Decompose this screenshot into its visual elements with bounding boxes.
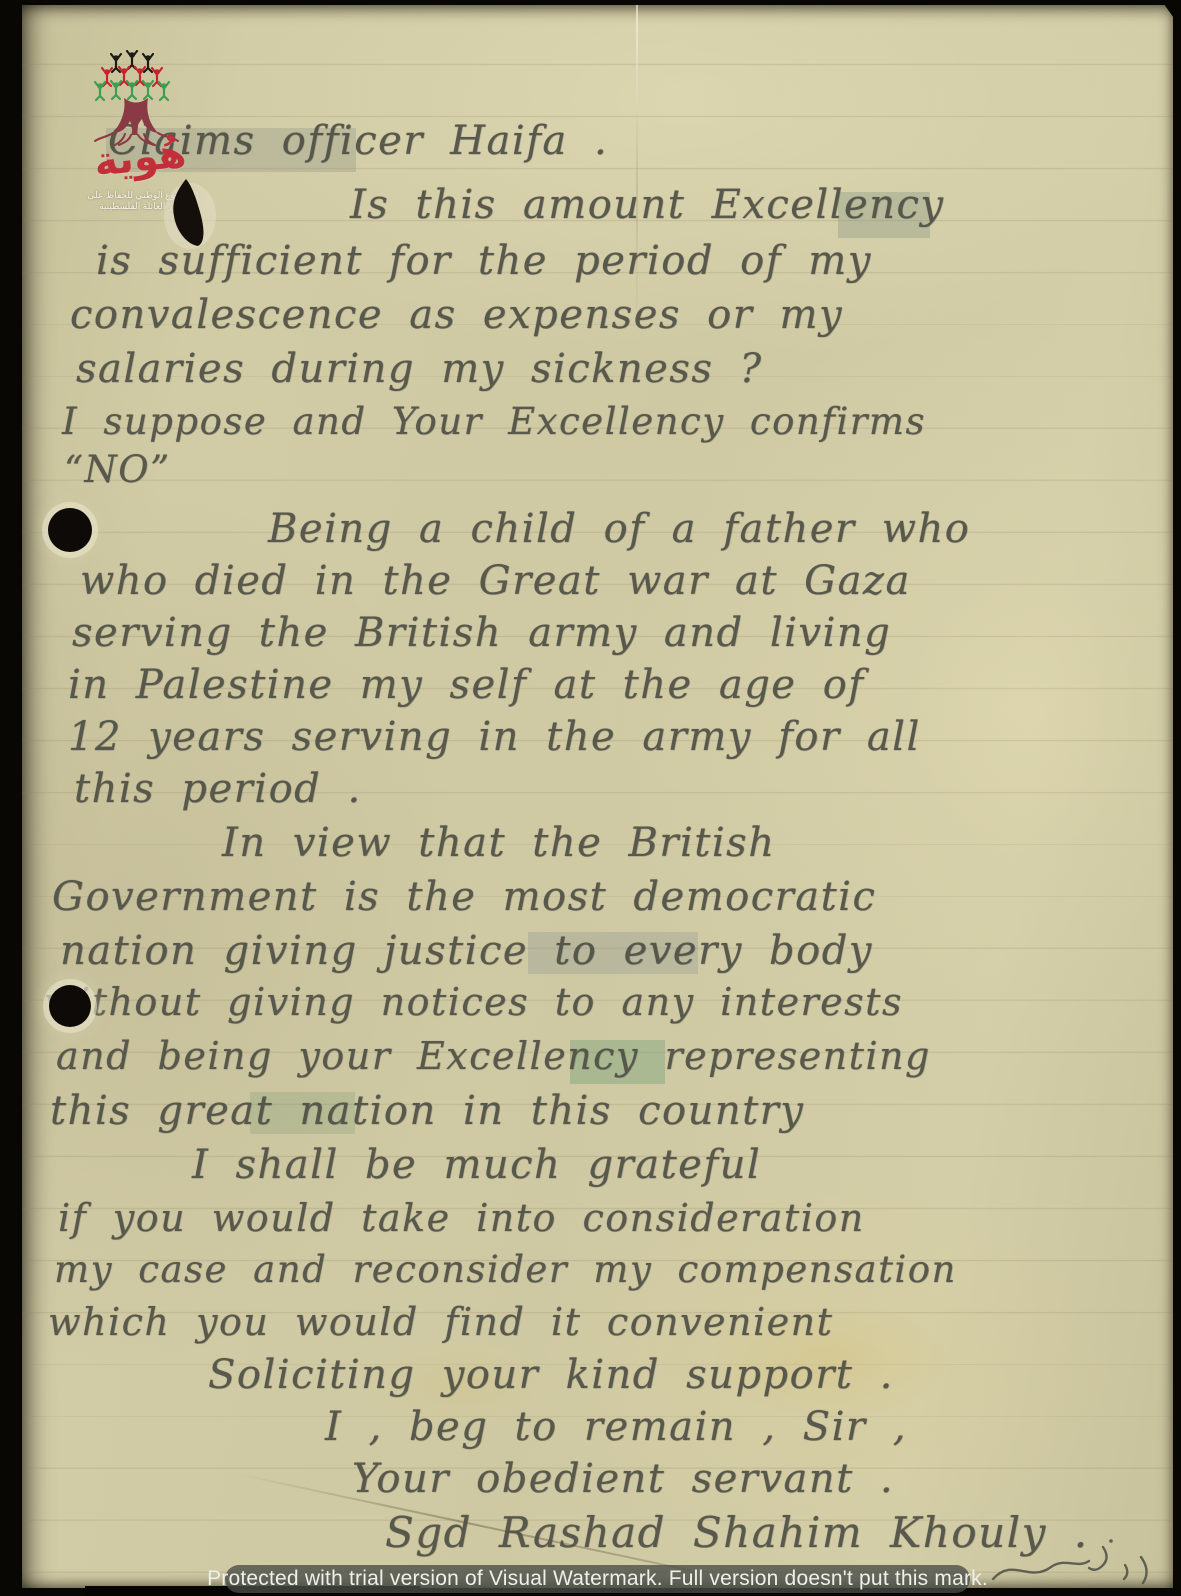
letter-line-9: who died in the Great war at Gaza [80, 558, 911, 604]
scanned-letter-page: Claims officer Haifa .Is this amount Exc… [0, 0, 1181, 1596]
letter-line-17: without giving notices to any interests [44, 980, 903, 1024]
paper-tear [158, 176, 228, 254]
watermark-text: Protected with trial version of Visual W… [207, 1567, 988, 1591]
letter-line-7: “NO” [64, 448, 171, 491]
letter-line-4: convalescence as expenses or my [70, 292, 843, 338]
letter-line-21: if you would take into consideration [58, 1196, 865, 1240]
letter-line-27: Sgd Rashad Shahim Khouly . [385, 1508, 1089, 1557]
letter-line-26: Your obedient servant . [352, 1456, 894, 1502]
letter-line-25: I , beg to remain , Sir , [325, 1404, 907, 1450]
letter-line-24: Soliciting your kind support . [208, 1352, 894, 1398]
punch-hole [49, 985, 91, 1027]
punch-hole [48, 508, 92, 552]
letter-line-23: which you would find it convenient [48, 1300, 833, 1344]
letter-line-5: salaries during my sickness ? [76, 346, 763, 392]
letter-line-2: Is this amount Excellency [350, 182, 944, 228]
letter-line-8: Being a child of a father who [268, 506, 970, 552]
letter-line-15: Government is the most democratic [52, 874, 876, 920]
letter-line-13: this period . [74, 766, 362, 812]
letter-line-6: I suppose and Your Excellency confirms [62, 400, 926, 443]
letter-line-18: and being your Excellency representing [56, 1034, 931, 1078]
watermark-bar: Protected with trial version of Visual W… [225, 1565, 970, 1593]
letter-line-22: my case and reconsider my compensation [54, 1248, 957, 1291]
letter-line-12: 12 years serving in the army for all [68, 714, 921, 760]
letter-line-19: this great nation in this country [50, 1088, 804, 1134]
letter-line-10: serving the British army and living [72, 610, 891, 656]
letter-line-16: nation giving justice to every body [60, 928, 873, 974]
letter-line-20: I shall be much grateful [192, 1142, 761, 1188]
signature-flourish [985, 1535, 1165, 1593]
letter-line-11: in Palestine my self at the age of [68, 662, 865, 708]
letter-line-14: In view that the British [222, 820, 775, 866]
